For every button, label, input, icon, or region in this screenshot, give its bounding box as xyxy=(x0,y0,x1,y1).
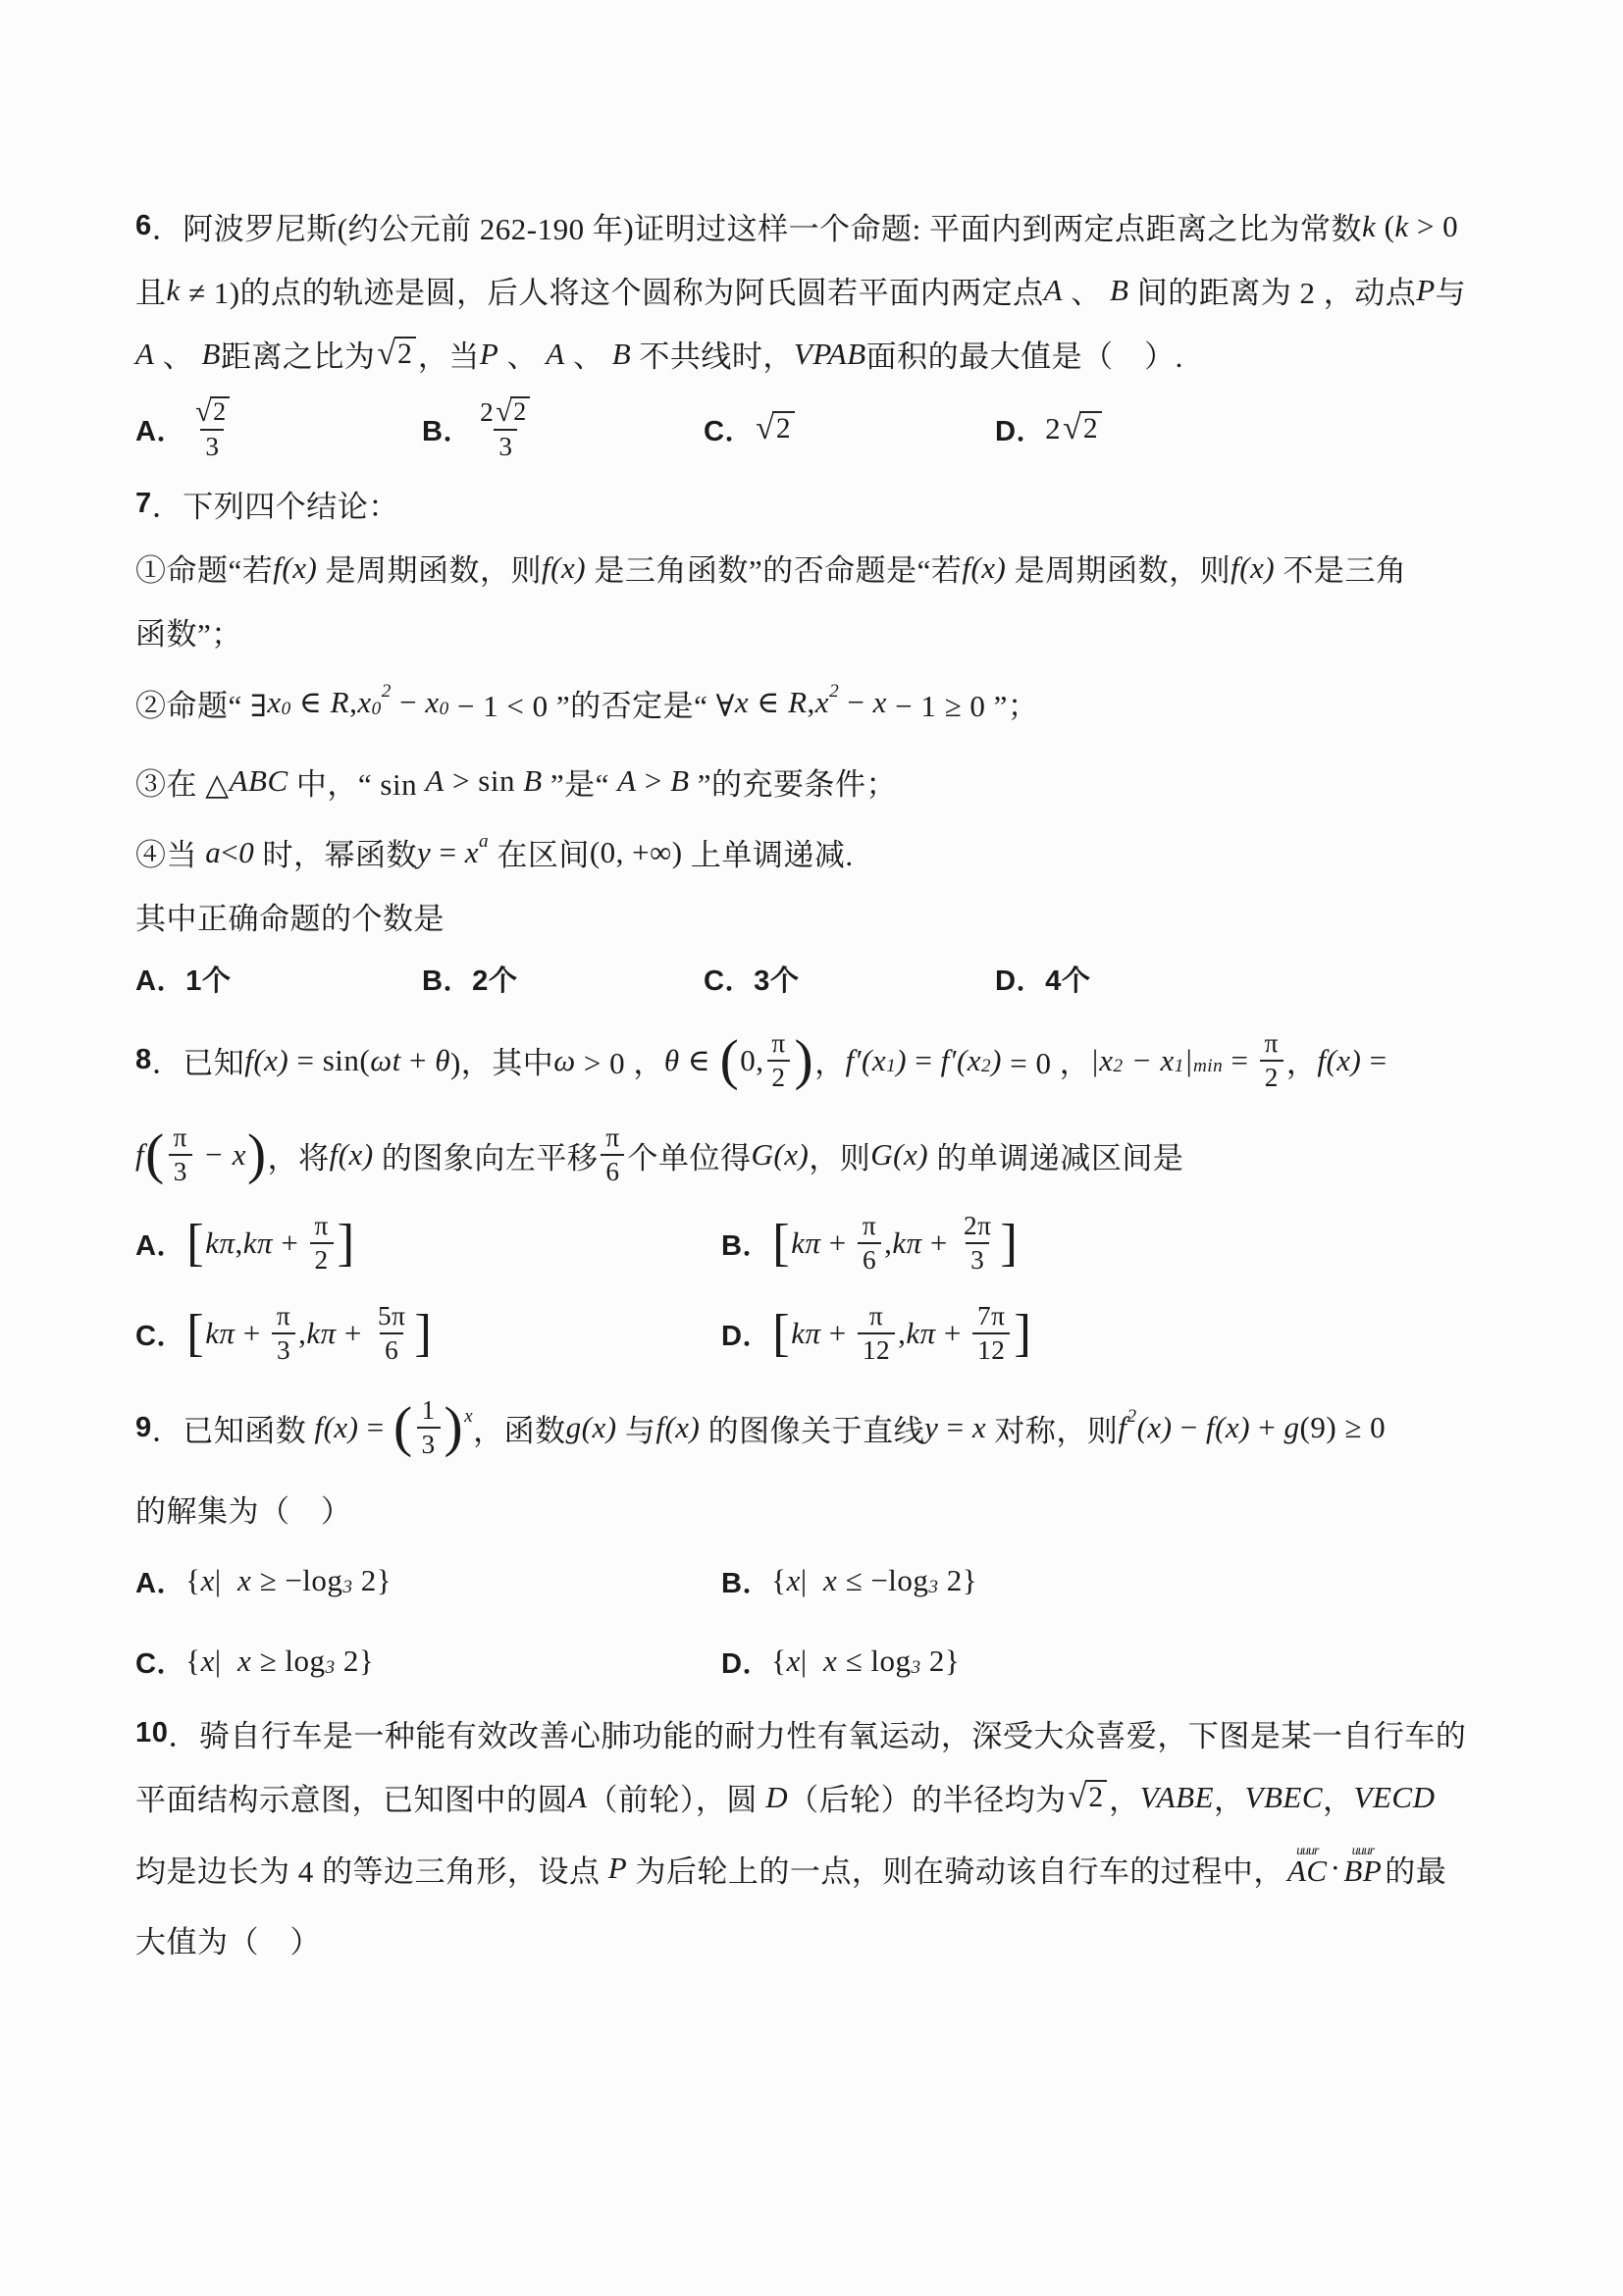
q8-options-row-2: C．[kπ + π3,kπ + 5π6] D．[kπ + π12,kπ + 7π… xyxy=(135,1288,1515,1379)
q6-option-c: C．√2 xyxy=(704,408,995,449)
q6-options: A．√23 B．2√23 C．√2 D．2√2 xyxy=(135,386,1515,472)
q9-options-row-2: C．{x| x ≥ log3 2} D．{x| x ≤ log3 2} xyxy=(135,1621,1515,1701)
q9-options-row-1: A．{x| x ≥ −log3 2} B．{x| x ≤ −log3 2} xyxy=(135,1540,1515,1621)
q8-options-row-1: A．[kπ,kπ + π2] B．[kπ + π6,kπ + 2π3] xyxy=(135,1198,1515,1288)
q7-statement-2: ②命题“ ∃x0 ∈ R,x02 − x0 − 1 < 0 ”的否定是“ ∀x … xyxy=(135,663,1515,742)
q8-option-d: D．[kπ + π12,kπ + 7π12] xyxy=(721,1301,1515,1366)
q6-line-1: 6．阿波罗尼斯(约公元前 262-190 年)证明过这样一个命题: 平面内到两定… xyxy=(135,194,1515,258)
q6-line-2: 且k ≠ 1)的点的轨迹是圆，后人将这个圆称为阿氏圆若平面内两定点A 、 B 间… xyxy=(135,258,1515,322)
q8-line-1: 8．已知f(x) = sin(ωt + θ)，其中ω > 0 ，θ ∈ (0,π… xyxy=(135,1009,1515,1112)
exam-page: 6．阿波罗尼斯(约公元前 262-190 年)证明过这样一个命题: 平面内到两定… xyxy=(0,0,1623,1971)
q7-question-text: 其中正确命题的个数是 xyxy=(135,884,1515,948)
q6-line-3: A 、 B距离之比为√2，当P 、 A 、 B 不共线时，VPAB面积的最大值是… xyxy=(135,322,1515,386)
q8-line-2: f(π3 − x)，将f(x) 的图象向左平移π6个单位得G(x)，则G(x) … xyxy=(135,1112,1515,1198)
q7-option-c: C．3个 xyxy=(704,958,995,999)
question-8: 8．已知f(x) = sin(ωt + θ)，其中ω > 0 ，θ ∈ (0,π… xyxy=(135,1009,1515,1379)
q9-option-b: B．{x| x ≤ −log3 2} xyxy=(721,1560,1515,1601)
q7-heading: 7．下列四个结论： xyxy=(135,472,1515,536)
q8-option-a: A．[kπ,kπ + π2] xyxy=(135,1211,721,1276)
question-10: 10．骑自行车是一种能有效改善心肺功能的耐力性有氧运动，深受大众喜爱，下图是某一… xyxy=(135,1701,1515,1971)
q7-statement-4: ④当 a<0 时，幂函数y = xa 在区间(0, +∞) 上单调递减. xyxy=(135,820,1515,884)
question-6: 6．阿波罗尼斯(约公元前 262-190 年)证明过这样一个命题: 平面内到两定… xyxy=(135,194,1515,472)
q9-line-1: 9．已知函数 f(x) = (13)x，函数g(x) 与f(x) 的图像关于直线… xyxy=(135,1379,1515,1477)
q7-option-a: A．1个 xyxy=(135,958,422,999)
q7-options: A．1个 B．2个 C．3个 D．4个 xyxy=(135,948,1515,1009)
q9-option-d: D．{x| x ≤ log3 2} xyxy=(721,1641,1515,1682)
q10-line-1: 10．骑自行车是一种能有效改善心肺功能的耐力性有氧运动，深受大众喜爱，下图是某一… xyxy=(135,1701,1515,1765)
q6-option-b: B．2√23 xyxy=(422,396,704,462)
question-9: 9．已知函数 f(x) = (13)x，函数g(x) 与f(x) 的图像关于直线… xyxy=(135,1379,1515,1701)
q7-statement-3: ③在 △ABC 中，“ sin A > sin B ”是“ A > B ”的充要… xyxy=(135,742,1515,820)
q7-statement-1b: 函数”； xyxy=(135,600,1515,663)
q7-statement-1a: ①命题“若f(x) 是周期函数，则f(x) 是三角函数”的否命题是“若f(x) … xyxy=(135,536,1515,600)
q8-option-c: C．[kπ + π3,kπ + 5π6] xyxy=(135,1301,721,1366)
q9-option-c: C．{x| x ≥ log3 2} xyxy=(135,1641,721,1682)
question-7: 7．下列四个结论： ①命题“若f(x) 是周期函数，则f(x) 是三角函数”的否… xyxy=(135,472,1515,1009)
q8-option-b: B．[kπ + π6,kπ + 2π3] xyxy=(721,1211,1515,1276)
q10-line-2: 平面结构示意图，已知图中的圆A（前轮），圆 D（后轮）的半径均为√2，VABE，… xyxy=(135,1765,1515,1829)
q7-option-d: D．4个 xyxy=(995,958,1515,999)
q6-option-d: D．2√2 xyxy=(995,408,1515,449)
q6-option-a: A．√23 xyxy=(135,396,422,462)
q9-line-2: 的解集为（ ） xyxy=(135,1477,1515,1540)
q7-option-b: B．2个 xyxy=(422,958,704,999)
q10-line-4: 大值为（ ） xyxy=(135,1907,1515,1971)
q9-option-a: A．{x| x ≥ −log3 2} xyxy=(135,1560,721,1601)
q10-line-3: 均是边长为 4 的等边三角形，设点 P 为后轮上的一点，则在骑动该自行车的过程中… xyxy=(135,1829,1515,1907)
